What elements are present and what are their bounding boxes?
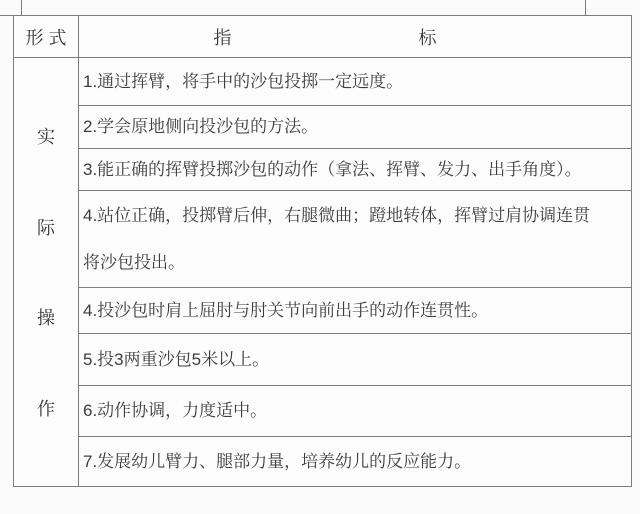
indicator-row-3-text: 3.能正确的挥臂投掷沙包的动作（拿法、挥臂、发力、出手角度）。: [83, 159, 582, 180]
indicator-row-5: 4.投沙包时肩上屈肘与肘关节向前出手的动作连贯性。: [79, 288, 631, 333]
form-type-char-2: 际: [37, 214, 55, 240]
header-indicator-char-left: 指: [214, 24, 232, 50]
form-type-cell: 实 际 操 作: [14, 58, 78, 486]
indicator-row-2: 2.学会原地侧向投沙包的方法。: [79, 106, 631, 148]
indicator-row-3: 3.能正确的挥臂投掷沙包的动作（拿法、挥臂、发力、出手角度）。: [79, 149, 631, 190]
header-form-cell: 形 式: [14, 16, 78, 57]
table-remnant-line-left: [21, 0, 22, 16]
form-type-char-4: 作: [37, 395, 55, 421]
indicator-row-8: 7.发展幼儿臂力、腿部力量，培养幼儿的反应能力。: [79, 437, 631, 486]
indicator-row-6-text: 5.投3两重沙包5米以上。: [83, 349, 269, 370]
assessment-table: 形 式 指 标 实 际 操 作 1.通过挥臂，将手中的沙包投掷一定远度。 2.学…: [13, 15, 632, 487]
indicator-row-6: 5.投3两重沙包5米以上。: [79, 334, 631, 385]
indicator-row-1: 1.通过挥臂，将手中的沙包投掷一定远度。: [79, 58, 631, 105]
indicator-row-4: 4.站位正确，投掷臂后伸，右腿微曲；蹬地转体，挥臂过肩协调连贯 将沙包投出。: [79, 191, 631, 287]
indicator-row-8-text: 7.发展幼儿臂力、腿部力量，培养幼儿的反应能力。: [83, 451, 471, 472]
header-indicator-char-right: 标: [419, 24, 437, 50]
indicator-row-4-line-2: 将沙包投出。: [83, 239, 185, 286]
document-page: 形 式 指 标 实 际 操 作 1.通过挥臂，将手中的沙包投掷一定远度。 2.学…: [0, 0, 640, 514]
indicator-row-5-text: 4.投沙包时肩上屈肘与肘关节向前出手的动作连贯性。: [83, 300, 488, 321]
table-top-border-extension: [0, 15, 14, 16]
indicator-row-7-text: 6.动作协调，力度适中。: [83, 400, 267, 421]
form-type-char-3: 操: [37, 304, 55, 330]
indicator-row-1-text: 1.通过挥臂，将手中的沙包投掷一定远度。: [83, 71, 403, 92]
indicator-row-2-text: 2.学会原地侧向投沙包的方法。: [83, 116, 318, 137]
form-type-char-1: 实: [37, 123, 55, 149]
table-remnant-line-right: [585, 0, 586, 16]
header-indicator-cell: 指 标: [79, 16, 631, 57]
header-form-label: 形 式: [25, 24, 66, 50]
indicator-row-4-line-1: 4.站位正确，投掷臂后伸，右腿微曲；蹬地转体，挥臂过肩协调连贯: [83, 192, 590, 239]
indicator-row-7: 6.动作协调，力度适中。: [79, 386, 631, 436]
